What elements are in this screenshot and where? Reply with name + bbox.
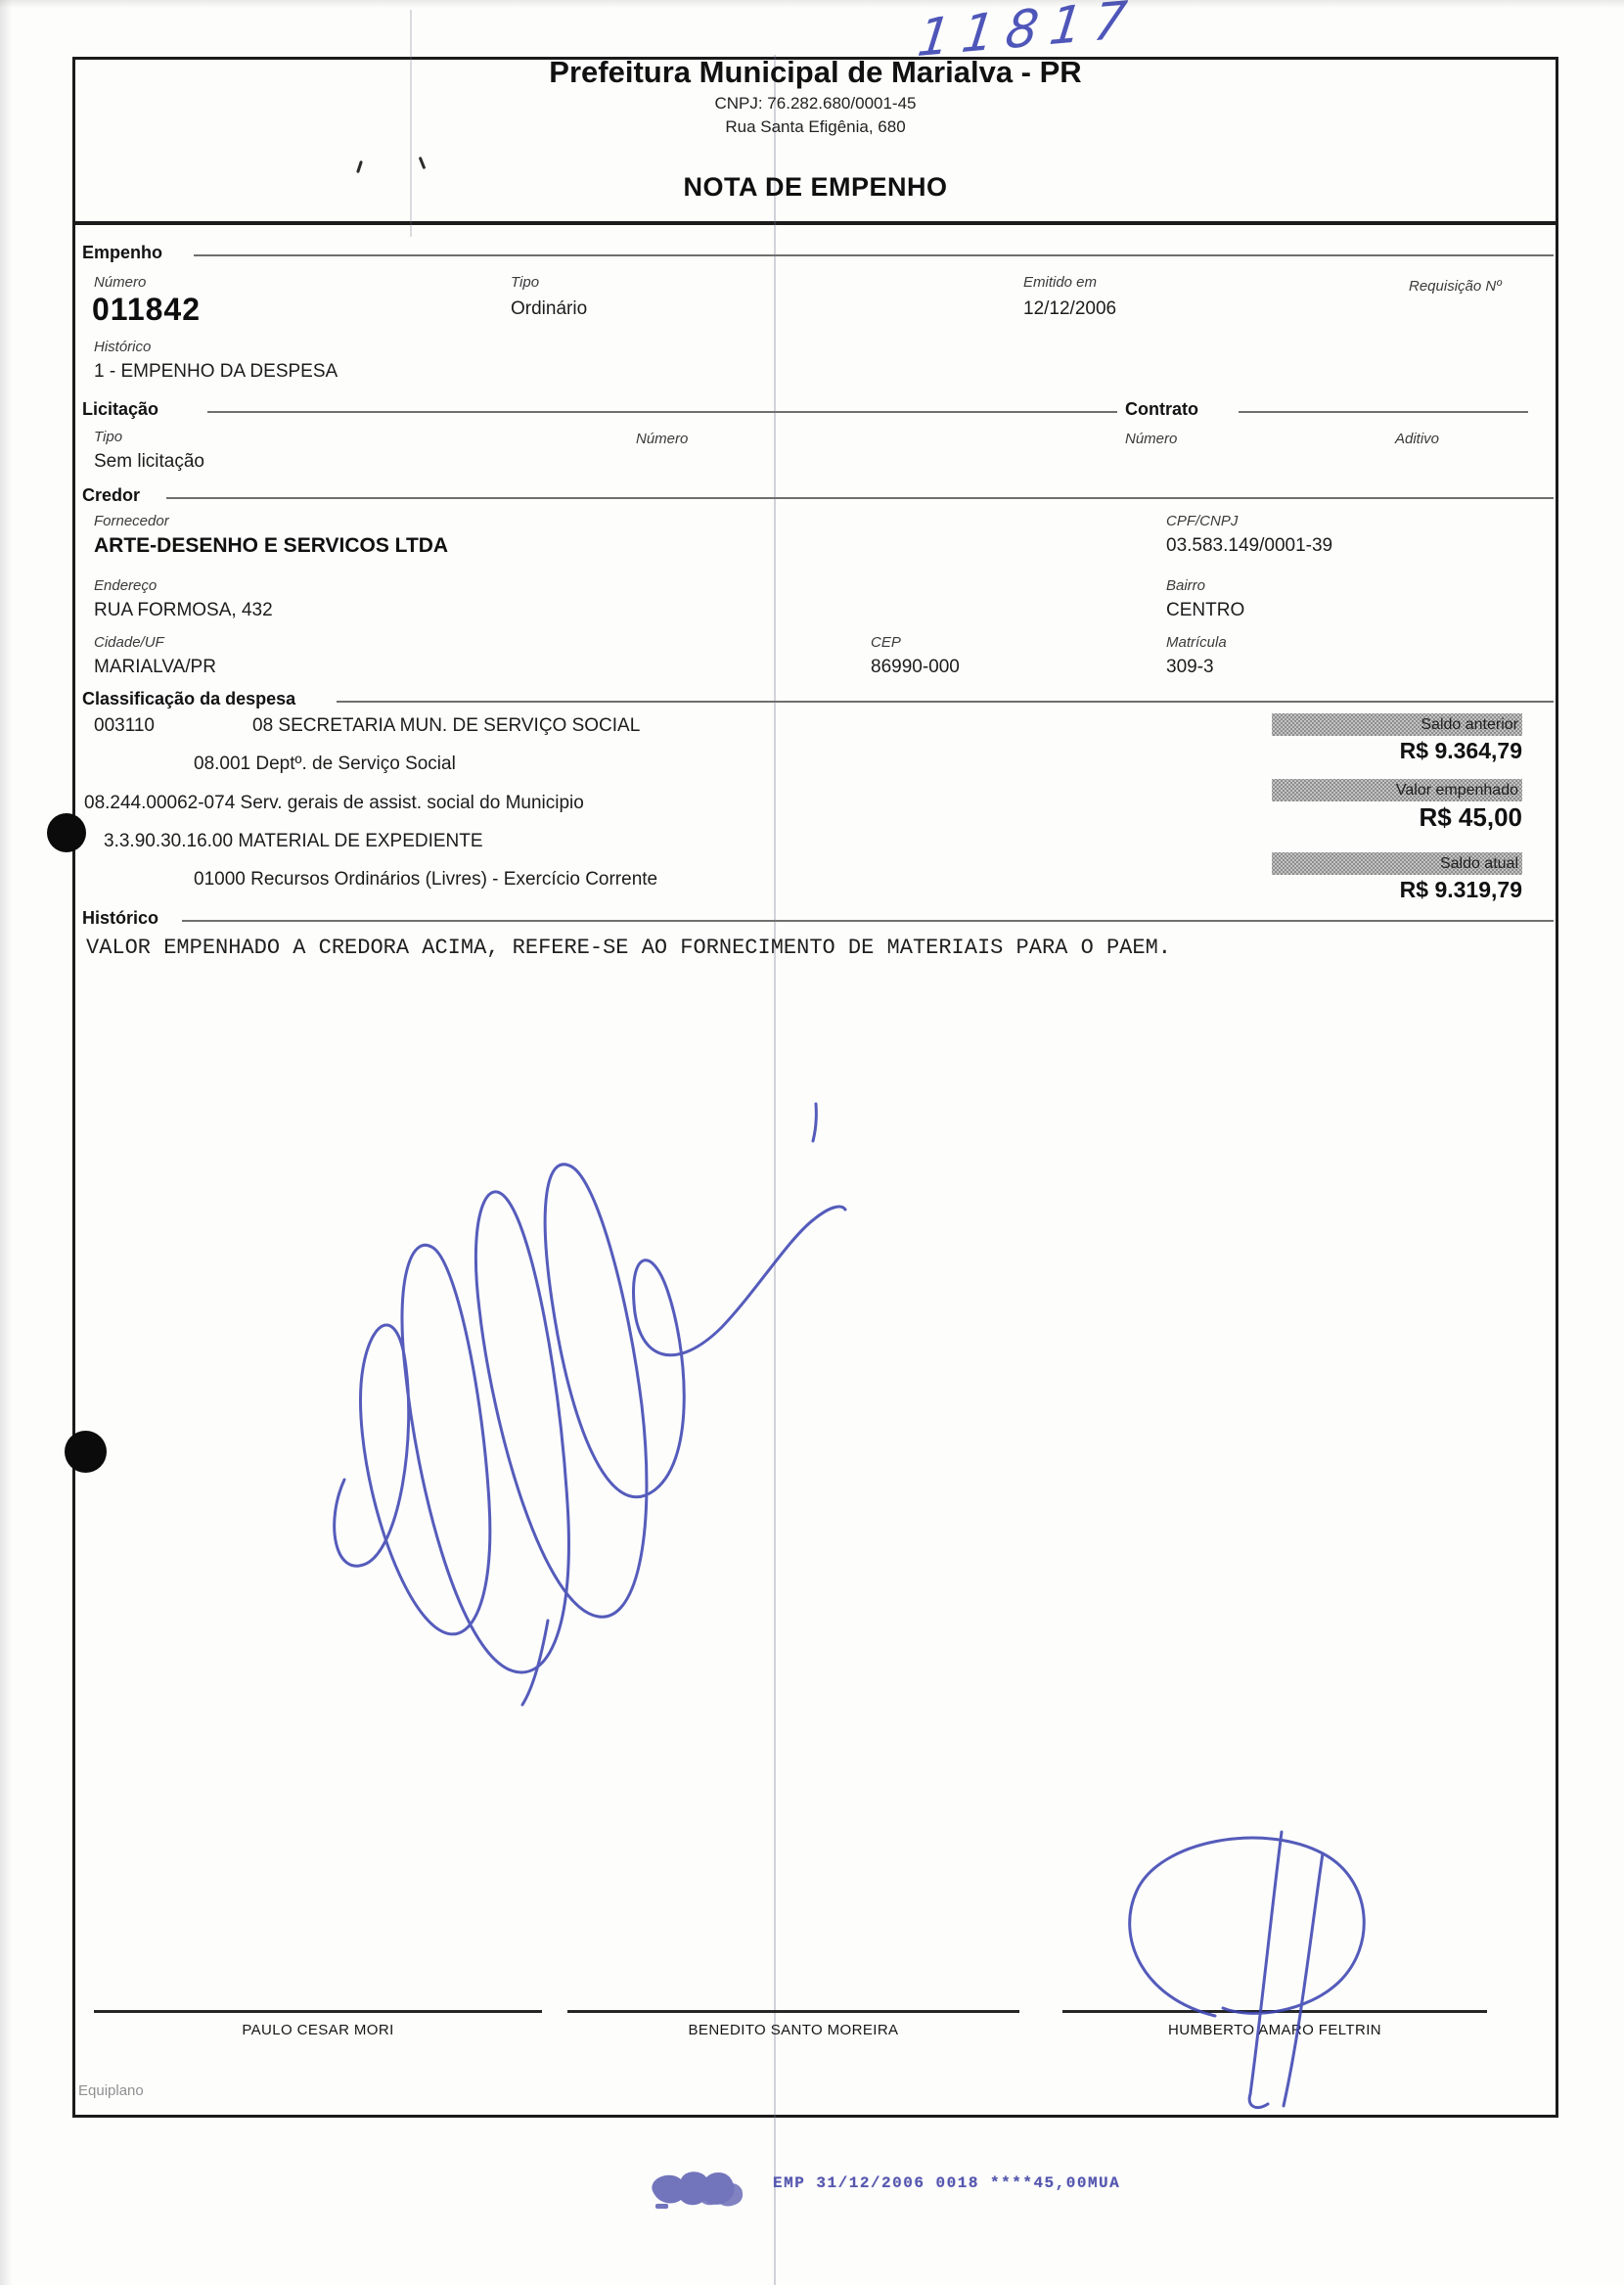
licitacao-tipo-label: Tipo bbox=[94, 429, 122, 445]
licitacao-tipo-value: Sem licitação bbox=[94, 451, 204, 473]
software-credit: Equiplano bbox=[78, 2082, 144, 2099]
classificacao-orgao: 08 SECRETARIA MUN. DE SERVIÇO SOCIAL bbox=[252, 715, 640, 737]
stamp-logo-icon bbox=[652, 2171, 743, 2209]
punch-hole bbox=[65, 1431, 107, 1473]
licitacao-numero-label: Número bbox=[636, 431, 688, 447]
empenho-tipo-label: Tipo bbox=[511, 274, 539, 291]
historico-texto: VALOR EMPENHADO A CREDORA ACIMA, REFERE-… bbox=[86, 936, 1171, 960]
signature-name: BENEDITO SANTO MOREIRA bbox=[567, 2022, 1019, 2038]
empenho-requisicao-label: Requisição Nº bbox=[1409, 278, 1502, 295]
credor-matricula-value: 309-3 bbox=[1166, 657, 1214, 678]
contrato-numero-label: Número bbox=[1125, 431, 1177, 447]
valor-empenhado-value: R$ 45,00 bbox=[1272, 802, 1522, 833]
section-licitacao: Licitação bbox=[82, 399, 158, 420]
entity-cnpj: CNPJ: 76.282.680/0001-45 bbox=[72, 94, 1558, 114]
credor-fornecedor-label: Fornecedor bbox=[94, 513, 169, 529]
section-rule bbox=[1074, 411, 1117, 413]
section-rule bbox=[1239, 411, 1528, 413]
credor-bairro-label: Bairro bbox=[1166, 577, 1205, 594]
saldo-atual-value: R$ 9.319,79 bbox=[1272, 877, 1522, 903]
empenho-tipo-value: Ordinário bbox=[511, 298, 587, 320]
saldo-anterior-label: Saldo anterior bbox=[1272, 713, 1522, 736]
saldo-anterior-value: R$ 9.364,79 bbox=[1272, 738, 1522, 764]
section-classificacao: Classificação da despesa bbox=[82, 689, 295, 709]
section-rule bbox=[194, 254, 1554, 256]
entity-address: Rua Santa Efigênia, 680 bbox=[72, 117, 1558, 137]
saldo-atual-label: Saldo atual bbox=[1272, 852, 1522, 875]
classificacao-natureza: 3.3.90.30.16.00 MATERIAL DE EXPEDIENTE bbox=[104, 831, 483, 852]
section-empenho: Empenho bbox=[82, 243, 162, 263]
credor-cpfcnpj-value: 03.583.149/0001-39 bbox=[1166, 535, 1332, 557]
credor-endereco-label: Endereço bbox=[94, 577, 157, 594]
scanned-document-page: 11817 Prefeitura Municipal de Marialva -… bbox=[0, 0, 1624, 2285]
valor-empenhado-label: Valor empenhado bbox=[1272, 779, 1522, 801]
section-rule bbox=[207, 411, 1113, 413]
contrato-aditivo-label: Aditivo bbox=[1395, 431, 1439, 447]
empenho-historico-value: 1 - EMPENHO DA DESPESA bbox=[94, 361, 338, 383]
section-rule bbox=[182, 920, 1554, 922]
entity-title: Prefeitura Municipal de Marialva - PR bbox=[72, 55, 1558, 90]
classificacao-funcional: 08.244.00062-074 Serv. gerais de assist.… bbox=[84, 793, 584, 814]
empenho-numero-value: 011842 bbox=[92, 292, 201, 328]
credor-cep-value: 86990-000 bbox=[871, 657, 960, 678]
empenho-numero-label: Número bbox=[94, 274, 146, 291]
classificacao-fonte: 01000 Recursos Ordinários (Livres) - Exe… bbox=[194, 869, 657, 891]
section-rule bbox=[166, 497, 1554, 499]
header-divider-line bbox=[72, 221, 1558, 225]
credor-matricula-label: Matrícula bbox=[1166, 634, 1227, 651]
signature-name: PAULO CESAR MORI bbox=[94, 2022, 542, 2038]
classificacao-unidade: 08.001 Deptº. de Serviço Social bbox=[194, 754, 456, 775]
punch-hole bbox=[47, 813, 86, 852]
section-historico: Histórico bbox=[82, 908, 158, 929]
document-title: NOTA DE EMPENHO bbox=[72, 172, 1558, 203]
signature-name: HUMBERTO AMARO FELTRIN bbox=[1062, 2022, 1487, 2038]
signature-line bbox=[1062, 2010, 1487, 2013]
section-rule bbox=[337, 701, 1554, 703]
credor-endereco-value: RUA FORMOSA, 432 bbox=[94, 600, 273, 621]
signature-line bbox=[567, 2010, 1019, 2013]
credor-cep-label: CEP bbox=[871, 634, 901, 651]
credor-cidade-label: Cidade/UF bbox=[94, 634, 164, 651]
credor-cpfcnpj-label: CPF/CNPJ bbox=[1166, 513, 1238, 529]
authentication-stamp-text: EMP 31/12/2006 0018 ****45,00MUA bbox=[773, 2174, 1120, 2192]
fold-crease-vertical bbox=[774, 55, 776, 2285]
empenho-historico-label: Histórico bbox=[94, 339, 151, 355]
section-credor: Credor bbox=[82, 485, 140, 506]
empenho-emitido-value: 12/12/2006 bbox=[1023, 298, 1116, 320]
credor-fornecedor-value: ARTE-DESENHO E SERVICOS LTDA bbox=[94, 534, 448, 558]
credor-cidade-value: MARIALVA/PR bbox=[94, 657, 216, 678]
empenho-emitido-label: Emitido em bbox=[1023, 274, 1097, 291]
classificacao-orgao-codigo: 003110 bbox=[94, 715, 155, 737]
credor-bairro-value: CENTRO bbox=[1166, 600, 1244, 621]
section-contrato: Contrato bbox=[1125, 399, 1198, 420]
signature-line bbox=[94, 2010, 542, 2013]
